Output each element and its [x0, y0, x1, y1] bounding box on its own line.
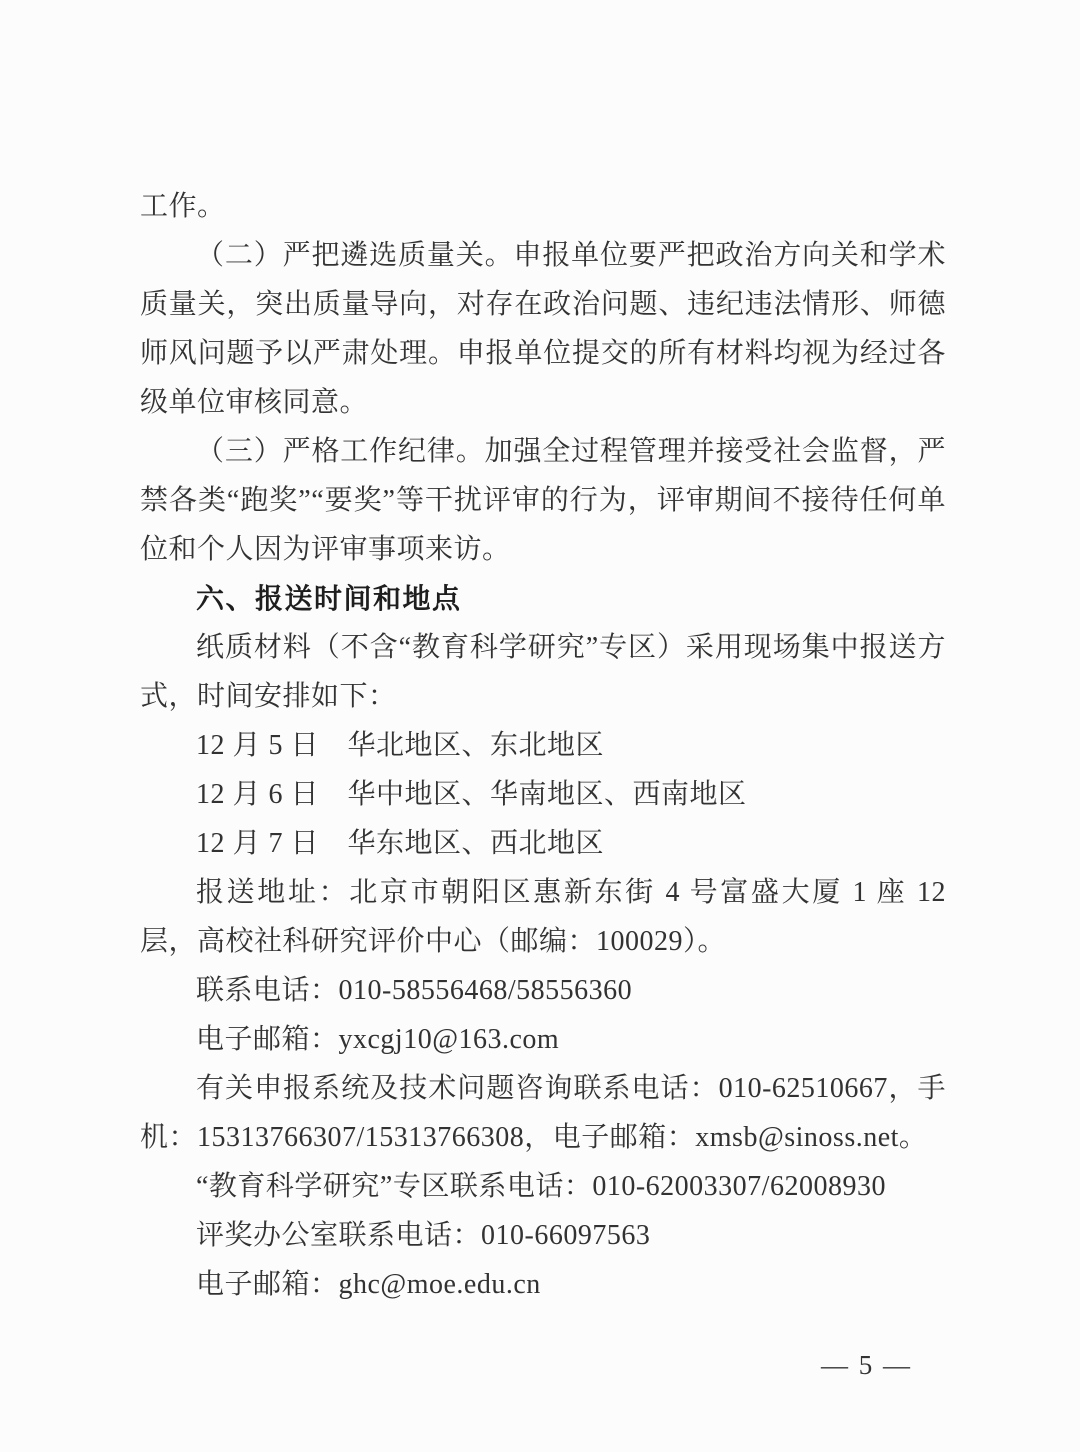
schedule-line-dec-5: 12 月 5 日 华北地区、东北地区: [140, 721, 946, 770]
paragraph-submission-method: 纸质材料（不含“教育科学研究”专区）采用现场集中报送方式，时间安排如下：: [140, 623, 946, 721]
schedule-line-dec-7: 12 月 7 日 华东地区、西北地区: [140, 819, 946, 868]
paragraph-contact-phone: 联系电话：010-58556468/58556360: [140, 966, 946, 1015]
document-body: 工作。 （二）严把遴选质量关。申报单位要严把政治方向关和学术质量关，突出质量导向…: [140, 182, 946, 1309]
page-number: — 5 —: [821, 1350, 912, 1381]
heading-section-6-submission-time-place: 六、报送时间和地点: [140, 574, 946, 623]
paragraph-continuation: 工作。: [140, 182, 946, 231]
scanned-document-page: 工作。 （二）严把遴选质量关。申报单位要严把政治方向关和学术质量关，突出质量导向…: [0, 0, 1080, 1452]
paragraph-item-3-work-discipline: （三）严格工作纪律。加强全过程管理并接受社会监督，严禁各类“跑奖”“要奖”等干扰…: [140, 427, 946, 574]
paragraph-contact-email: 电子邮箱：yxcgj10@163.com: [140, 1015, 946, 1064]
paragraph-edu-research-zone-phone: “教育科学研究”专区联系电话：010-62003307/62008930: [140, 1162, 946, 1211]
paragraph-award-office-phone: 评奖办公室联系电话：010-66097563: [140, 1211, 946, 1260]
paragraph-award-office-email: 电子邮箱：ghc@moe.edu.cn: [140, 1260, 946, 1309]
paragraph-item-2-quality-control: （二）严把遴选质量关。申报单位要严把政治方向关和学术质量关，突出质量导向，对存在…: [140, 231, 946, 427]
paragraph-submission-address: 报送地址：北京市朝阳区惠新东街 4 号富盛大厦 1 座 12 层，高校社科研究评…: [140, 868, 946, 966]
schedule-line-dec-6: 12 月 6 日 华中地区、华南地区、西南地区: [140, 770, 946, 819]
paragraph-tech-support-contacts: 有关申报系统及技术问题咨询联系电话：010-62510667，手机：153137…: [140, 1064, 946, 1162]
